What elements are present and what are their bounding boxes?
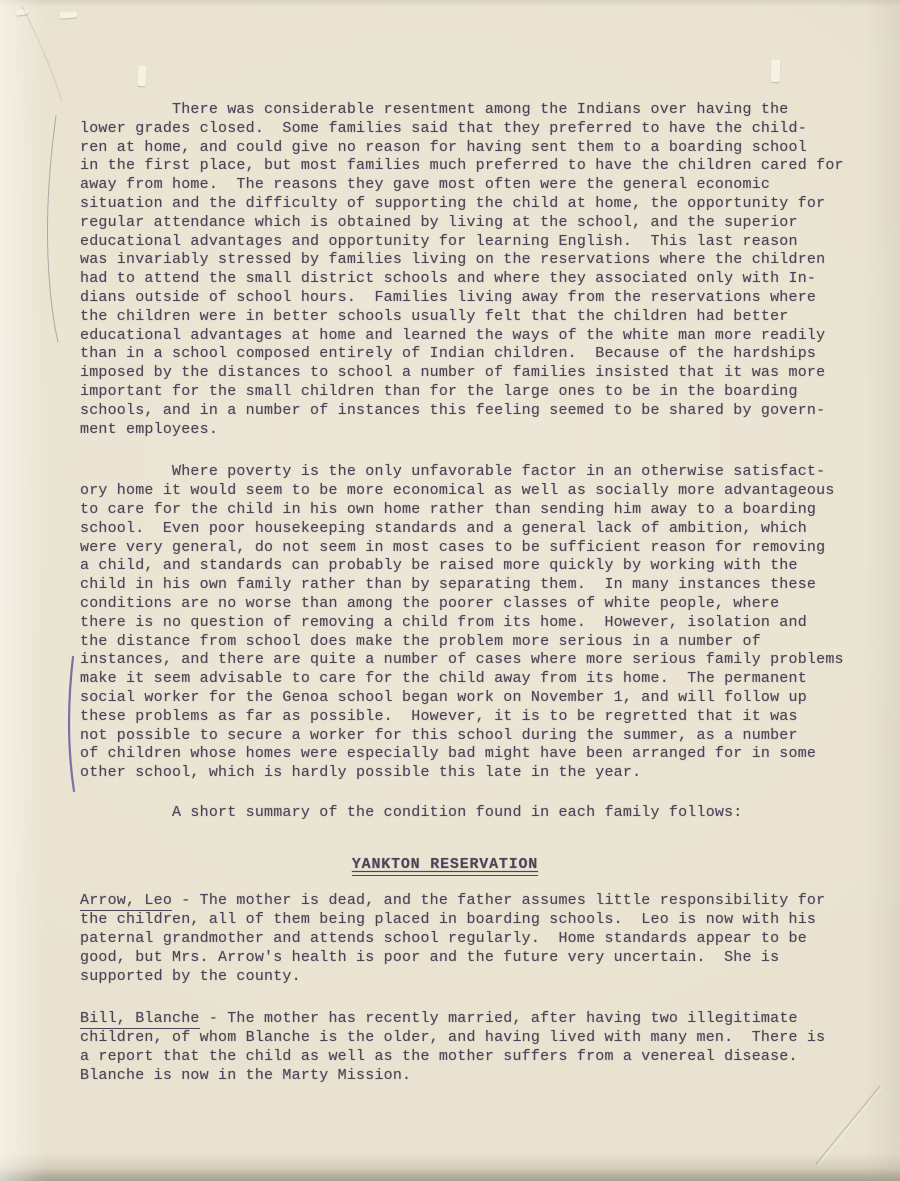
entry-body-text: the children, all of them being placed i…	[80, 911, 870, 986]
staple-mark	[771, 60, 781, 82]
pencil-margin-line	[48, 116, 58, 342]
family-entry-arrow-leo: Arrow, Leo - The mother is dead, and the…	[80, 892, 870, 986]
staple-mark	[137, 66, 146, 86]
section-heading-row: YANKTON RESERVATION	[80, 856, 810, 875]
paragraph-resentment: There was considerable resentment among …	[80, 101, 870, 439]
entry-first-line: Arrow, Leo - The mother is dead, and the…	[80, 892, 870, 911]
entry-body-text: children, of whom Blanche is the older, …	[80, 1029, 870, 1085]
entry-first-line-text: - The mother has recently married, after…	[200, 1010, 798, 1027]
ink-margin-line	[69, 657, 74, 791]
entry-first-line-text: - The mother is dead, and the father ass…	[172, 892, 825, 909]
entry-first-line: Bill, Blanche - The mother has recently …	[80, 1010, 870, 1029]
paragraph-poverty: Where poverty is the only unfavorable fa…	[80, 463, 870, 783]
entry-name: Arrow, Leo	[80, 892, 172, 911]
entry-name: Bill, Blanche	[80, 1010, 200, 1029]
document-page: There was considerable resentment among …	[0, 0, 900, 1181]
staple-mark	[60, 11, 77, 18]
typewritten-text-column: There was considerable resentment among …	[80, 101, 870, 1110]
section-heading: YANKTON RESERVATION	[352, 856, 538, 877]
summary-intro-line: A short summary of the condition found i…	[80, 804, 870, 823]
fold-crease-line	[22, 6, 62, 102]
staple-mark	[16, 9, 29, 16]
family-entry-bill-blanche: Bill, Blanche - The mother has recently …	[80, 1010, 870, 1085]
